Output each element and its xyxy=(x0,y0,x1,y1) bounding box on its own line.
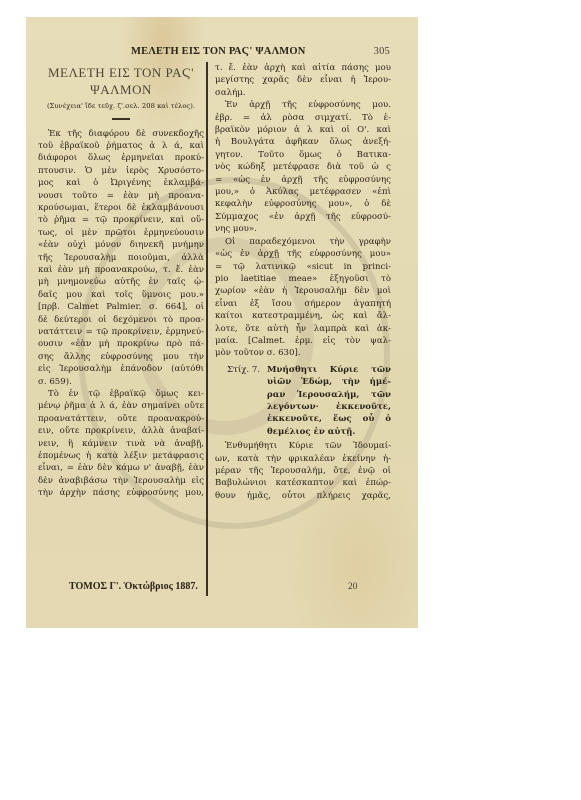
text-line: Βαβυλώνιοι κατέσκαπτον καὶ ἐπώρ- xyxy=(215,477,391,489)
text-line: κρούσωμαι, ἕτεροι δὲ ἐκλαμβάνουσι xyxy=(38,202,204,214)
text-line: τως, οἱ μὲν πρῶτοι ἑρμηνεύουσιν xyxy=(38,227,204,239)
text-line: τ. ἔ. ἐὰν ἀρχὴ καὶ αἰτία πάσης μου xyxy=(215,62,391,74)
text-line: «ἐὰν οὐχὶ μόνον διηνεκῆ μνήμην xyxy=(38,239,204,251)
text-line: νατάττειν = τῷ προκρίνειν, ἑρμηνεύ- xyxy=(38,326,204,338)
paragraph-3: Ἐν ἀρχῇ τῆς εὐφροσύνης μου. ἑβρ. = ἀλ ρὸ… xyxy=(215,99,391,235)
verse-line: ἐκκενοῦτε, ἕως οὗ ὁ xyxy=(267,413,391,425)
text-line: σης ἄλλης εὐφροσύνης μου τὴν xyxy=(38,351,204,363)
text-line: μέραν τῆς Ἱερουσαλήμ, ὅτε, ἐνῷ οἱ xyxy=(215,465,391,477)
text-line: μὴ μνημονεύω αὐτῆς ἐν ταῖς ᾠ- xyxy=(38,276,204,288)
text-line: σ. 659). xyxy=(38,376,204,388)
text-line: μὸν τοῦτον σ. 630]. xyxy=(215,347,391,359)
text-line: μος καὶ ὁ Ὠριγένης ἐκλαμβά- xyxy=(38,177,204,189)
text-line: προανατάττειν, οὔτε προανακρού- xyxy=(38,413,204,425)
paragraph-5: Ἐνθυμήθητι Κύριε τῶν Ἰδουμαί- ων, κατὰ τ… xyxy=(215,440,391,502)
running-title: ΜΕΛΕΤΗ ΕΙΣ ΤΟΝ ΡΑϚ' ΨΑΛΜΟΝ xyxy=(131,46,306,57)
text-line: ἑβρ. = ἀλ ρὸσα σιμχατί. Τὸ ἑ- xyxy=(215,112,391,124)
verse-line: υἱῶν Ἐδώμ, τὴν ἡμέ- xyxy=(267,376,391,388)
text-line: [πρβ. Calmet Palmier. σ. 664], οἱ xyxy=(38,301,204,313)
text-line: νουσι τοῦτο = ἐὰν μὴ προανα- xyxy=(38,190,204,202)
text-line: ἡ Βουλγάτα ἀφῆκαν ὅλως ἀνεξή- xyxy=(215,136,391,148)
text-line: ων, κατὰ τὴν φρικαλέαν ἐκείνην ἡ- xyxy=(215,453,391,465)
verse-block: Στίχ. 7. Μνήσθητι Κύριε τῶν υἱῶν Ἐδώμ, τ… xyxy=(215,364,391,438)
paragraph-2: Τὸ ἐν τῷ ἑβραϊκῷ ὅμως κει- μένῳ ῥῆμα ἀ λ… xyxy=(38,388,204,500)
right-column: τ. ἔ. ἐὰν ἀρχὴ καὶ αἰτία πάσης μου μεγίσ… xyxy=(215,62,391,502)
text-line: λοτε, ὅτε αὐτὴ ἦν λαμπρὰ καὶ ἀκ- xyxy=(215,323,391,335)
verse-line: Μνήσθητι Κύριε τῶν xyxy=(267,364,391,376)
page-number: 305 xyxy=(374,46,390,57)
text-line: δὲν ἀναβιβάσω τὴν Ἱερουσαλὴμ εἰς xyxy=(38,475,204,487)
text-line: Ἐνθυμήθητι Κύριε τῶν Ἰδουμαί- xyxy=(215,440,391,452)
text-line: δαῖς μου καὶ τοῖς ὕμνοις μου.» xyxy=(38,289,204,301)
text-line: = τῷ λατινικῷ «sicut in princi- xyxy=(215,261,391,273)
text-line: δὲ δεύτεροι οἱ δεχόμενοι τὸ προα- xyxy=(38,314,204,326)
text-line: σαλήμ. xyxy=(215,87,391,99)
text-line: νης μου». xyxy=(215,223,391,235)
text-line: εἰς Ἱερουσαλὴμ ἐπάνοδον (αὐτόθι xyxy=(38,363,204,375)
text-line: χωρίον «ἐὰν ἡ Ἱερουσαλὴμ δὲν μοὶ xyxy=(215,285,391,297)
verse-label: Στίχ. 7. xyxy=(227,364,260,376)
text-line: Ἐν ἀρχῇ τῆς εὐφροσύνης μου. xyxy=(215,99,391,111)
scanned-page: ΜΕΛΕΤΗ ΕΙΣ ΤΟΝ ΡΑϚ' ΨΑΛΜΟΝ 305 ΜΕΛΕΤΗ ΕΙ… xyxy=(26,17,418,628)
paragraph-4: Οἱ παραδεχόμενοι τὴν γραφὴν «ὡς ἐν ἀρχῇ … xyxy=(215,236,391,360)
text-line: τὸ ῥῆμα = τῷ προκρίνειν, καὶ οὕ- xyxy=(38,214,204,226)
text-line: ουσιν «ἐὰν μὴ προκρίνω πρὸ πά- xyxy=(38,338,204,350)
article-title-line-1: ΜΕΛΕΤΗ ΕΙΣ ΤΟΝ ΡΑϚ' xyxy=(38,64,204,81)
paragraph-1: Ἐκ τῆς διαφόρου δὲ συνεκδοχῆς τοῦ ἑβραϊκ… xyxy=(38,128,204,389)
text-line: πτουσιν. Ὁ μὲν ἱερὸς Χρυσόστο- xyxy=(38,165,204,177)
text-line: Ἐκ τῆς διαφόρου δὲ συνεκδοχῆς xyxy=(38,128,204,140)
text-line: διάφοροι ὅλως ἑρμηνεῖαι προκύ- xyxy=(38,152,204,164)
footer-volume-date: ΤΟΜΟΣ Γ'. Ὀκτώβριος 1887. xyxy=(69,581,198,592)
text-line: καὶ ἐὰν μὴ προανακρούω, τ. ἔ. ἐὰν xyxy=(38,264,204,276)
article-title: ΜΕΛΕΤΗ ΕΙΣ ΤΟΝ ΡΑϚ' ΨΑΛΜΟΝ xyxy=(38,64,204,98)
text-line: pio laetitiae meae» ἐξηγοῦσι τὸ xyxy=(215,273,391,285)
left-column: ΜΕΛΕΤΗ ΕΙΣ ΤΟΝ ΡΑϚ' ΨΑΛΜΟΝ (Συνέχεια' ἴδ… xyxy=(38,60,204,500)
text-line: Οἱ παραδεχόμενοι τὴν γραφὴν xyxy=(215,236,391,248)
text-line: τὴν ἀρχὴν πάσης εὐφροσύνης μου, xyxy=(38,487,204,499)
verse-line: ραν Ἱερουσαλήμ, τῶν xyxy=(267,389,391,401)
article-title-line-2: ΨΑΛΜΟΝ xyxy=(38,81,204,98)
verse-line: θεμέλιος ἐν αὐτῇ. xyxy=(267,426,391,438)
article-subtitle: (Συνέχεια' ἴδε τεῦχ. ζ'.σελ. 208 καὶ τέλ… xyxy=(38,100,204,112)
text-line: Σύμμαχος «ἐν ἀρχῇ τῆς εὐφροσύ- xyxy=(215,211,391,223)
column-divider xyxy=(206,62,208,596)
text-line: «ὡς ἐν ἀρχῇ τῆς εὐφροσύνης μου» xyxy=(215,248,391,260)
text-line: τοῦ ἑβραϊκοῦ ῥήματος ἀ λ ά, καὶ xyxy=(38,140,204,152)
text-line: Τὸ ἐν τῷ ἑβραϊκῷ ὅμως κει- xyxy=(38,388,204,400)
text-line: μαία. [Calmet. ἑρμ. εἰς τὸν ψαλ- xyxy=(215,335,391,347)
paragraph-continued: τ. ἔ. ἐὰν ἀρχὴ καὶ αἰτία πάσης μου μεγίσ… xyxy=(215,62,391,99)
text-line: νὸς κώδηξ μετέφρασε διὰ τοῦ ὡ ς xyxy=(215,161,391,173)
text-line: μένῳ ῥῆμα ἀ λ ά, ἐὰν σημαίνει οὔτε xyxy=(38,400,204,412)
text-line: ἑπομένως ἡ κατὰ λέξιν μετάφρασις xyxy=(38,450,204,462)
text-line: θουν ἡμᾶς, οὗτοι πλήρεις χαρᾶς, xyxy=(215,490,391,502)
text-line: νειν, ἢ κάμνειν τινὰ νὰ ἀναβῇ, xyxy=(38,438,204,450)
text-line: εἶναι, = ἐὰν δὲν κάμω ν' ἀναβῇ, ἐὰν xyxy=(38,462,204,474)
text-line: κεφαλὴν εὐφροσύνης μου», ὁ δὲ xyxy=(215,198,391,210)
text-line: τῆς Ἱερουσαλὴμ ποιοῦμαι, ἀλλὰ xyxy=(38,252,204,264)
text-line: μεγίστης χαρᾶς δὲν εἶναι ἡ Ἱερου- xyxy=(215,74,391,86)
text-line: μου,» ὁ Ἀκύλας μετέφρασεν «ἐπὶ xyxy=(215,186,391,198)
text-line: = «ὡς ἐν ἀρχῇ τῆς εὐφροσύνης xyxy=(215,174,391,186)
text-line: ειν, οὔτε προκρίνειν, ἀλλὰ ἀναβαί- xyxy=(38,425,204,437)
footer-signature-mark: 20 xyxy=(348,582,358,592)
verse-line: λεγόντων· ἐκκενοῦτε, xyxy=(267,401,391,413)
title-rule xyxy=(112,118,130,120)
text-line: εἶναι ἐξ ἴσου σήμερον ἀγαπητή xyxy=(215,298,391,310)
text-line: βραϊκὸν μόριον ἀ λ καὶ οἱ Ο'. καὶ xyxy=(215,124,391,136)
text-line: καίτοι κατεστραμμένη, ὡς καὶ ἄλ- xyxy=(215,310,391,322)
text-line: γητον. Τοῦτο ὅμως ὁ Βατικα- xyxy=(215,149,391,161)
